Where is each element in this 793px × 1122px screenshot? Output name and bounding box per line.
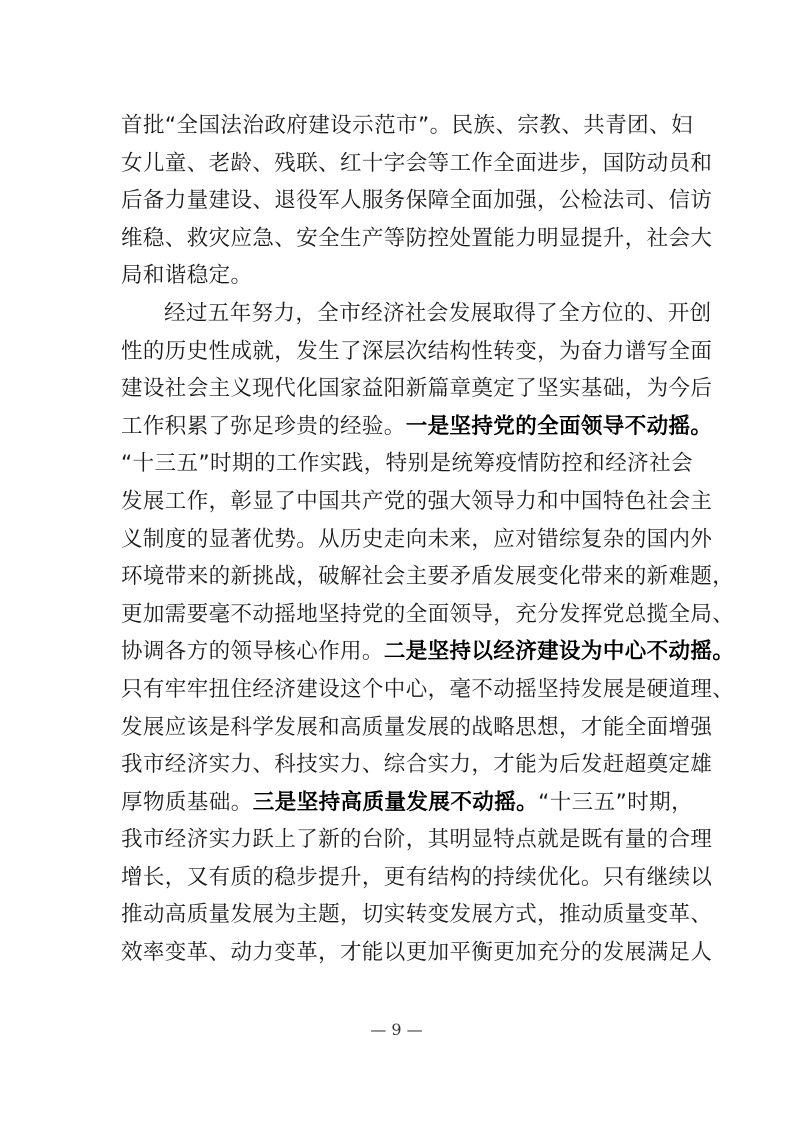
- text-line: 环境带来的新挑战，破解社会主要矛盾发展变化带来的新难题，: [121, 558, 693, 596]
- body-text: 首批“全国法治政府建设示范市”。民族、宗教、共青团、妇女儿童、老龄、残联、红十字…: [121, 107, 693, 972]
- text-line: 性的历史性成就，发生了深层次结构性转变，为奋力谱写全面: [121, 333, 693, 371]
- text-segment: 维稳、救灾应急、安全生产等防控处置能力明显提升，社会大: [121, 226, 712, 251]
- text-segment: 局和谐稳定。: [121, 263, 252, 288]
- text-line: 更加需要毫不动摇地坚持党的全面领导，充分发挥党总揽全局、: [121, 596, 693, 634]
- text-line: 工作积累了弥足珍贵的经验。一是坚持党的全面领导不动摇。: [121, 408, 693, 446]
- text-line: 只有牢牢扭住经济建设这个中心，毫不动摇坚持发展是硬道理、: [121, 671, 693, 709]
- document-page: 首批“全国法治政府建设示范市”。民族、宗教、共青团、妇女儿童、老龄、残联、红十字…: [0, 0, 793, 1122]
- text-segment: 发展工作，彰显了中国共产党的强大领导力和中国特色社会主: [121, 489, 712, 514]
- text-line: 推动高质量发展为主题，切实转变发展方式，推动质量变革、: [121, 896, 693, 934]
- text-line: 我市经济实力跃上了新的台阶，其明显特点就是既有量的合理: [121, 821, 693, 859]
- text-line: 发展应该是科学发展和高质量发展的战略思想，才能全面增强: [121, 709, 693, 747]
- text-segment: 经过五年努力，全市经济社会发展取得了全方位的、开创: [164, 301, 712, 326]
- text-segment: 建设社会主义现代化国家益阳新篇章奠定了坚实基础，为今后: [121, 376, 712, 401]
- text-line: 局和谐稳定。: [121, 257, 693, 295]
- text-segment: 更加需要毫不动摇地坚持党的全面领导，充分发挥党总揽全局、: [121, 602, 734, 627]
- text-segment: 环境带来的新挑战，破解社会主要矛盾发展变化带来的新难题，: [121, 564, 734, 589]
- text-line: 维稳、救灾应急、安全生产等防控处置能力明显提升，社会大: [121, 220, 693, 258]
- bold-heading-text: 三是坚持高质量发展不动摇。: [253, 790, 538, 815]
- text-segment: 工作积累了弥足珍贵的经验。: [121, 414, 406, 439]
- text-segment: 发展应该是科学发展和高质量发展的战略思想，才能全面增强: [121, 715, 712, 740]
- text-line: 厚物质基础。三是坚持高质量发展不动摇。“十三五”时期，: [121, 784, 693, 822]
- text-segment: 只有牢牢扭住经济建设这个中心，毫不动摇坚持发展是硬道理、: [121, 677, 734, 702]
- text-segment: 我市经济实力跃上了新的台阶，其明显特点就是既有量的合理: [121, 827, 712, 852]
- text-segment: “十三五”时期的工作实践，特别是统筹疫情防控和经济社会: [121, 451, 693, 476]
- text-line: 首批“全国法治政府建设示范市”。民族、宗教、共青团、妇: [121, 107, 693, 145]
- text-segment: 效率变革、动力变革，才能以更加平衡更加充分的发展满足人: [121, 940, 712, 965]
- text-line: 发展工作，彰显了中国共产党的强大领导力和中国特色社会主: [121, 483, 693, 521]
- text-line: 效率变革、动力变革，才能以更加平衡更加充分的发展满足人: [121, 934, 693, 972]
- text-line: 后备力量建设、退役军人服务保障全面加强，公检法司、信访: [121, 182, 693, 220]
- bold-heading-text: 二是坚持以经济建设为中心不动摇。: [384, 639, 734, 664]
- text-line: 我市经济实力、科技实力、综合实力，才能为后发赶超奠定雄: [121, 746, 693, 784]
- text-line: 女儿童、老龄、残联、红十字会等工作全面进步，国防动员和: [121, 145, 693, 183]
- text-segment: 后备力量建设、退役军人服务保障全面加强，公检法司、信访: [121, 188, 712, 213]
- text-segment: 推动高质量发展为主题，切实转变发展方式，推动质量变革、: [121, 902, 712, 927]
- text-line: 增长，又有质的稳步提升，更有结构的持续优化。只有继续以: [121, 859, 693, 897]
- text-line: “十三五”时期的工作实践，特别是统筹疫情防控和经济社会: [121, 445, 693, 483]
- text-line: 建设社会主义现代化国家益阳新篇章奠定了坚实基础，为今后: [121, 370, 693, 408]
- page-number: — 9 —: [0, 1020, 793, 1039]
- text-line: 协调各方的领导核心作用。二是坚持以经济建设为中心不动摇。: [121, 633, 693, 671]
- bold-heading-text: 一是坚持党的全面领导不动摇。: [406, 414, 713, 439]
- text-segment: 首批“全国法治政府建设示范市”。民族、宗教、共青团、妇: [121, 113, 693, 138]
- text-line: 义制度的显著优势。从历史走向未来，应对错综复杂的国内外: [121, 521, 693, 559]
- text-segment: 义制度的显著优势。从历史走向未来，应对错综复杂的国内外: [121, 527, 712, 552]
- text-segment: 协调各方的领导核心作用。: [121, 639, 384, 664]
- text-segment: “十三五”时期，: [538, 790, 693, 815]
- text-segment: 性的历史性成就，发生了深层次结构性转变，为奋力谱写全面: [121, 339, 712, 364]
- text-line: 经过五年努力，全市经济社会发展取得了全方位的、开创: [121, 295, 693, 333]
- text-segment: 我市经济实力、科技实力、综合实力，才能为后发赶超奠定雄: [121, 752, 712, 777]
- text-segment: 厚物质基础。: [121, 790, 253, 815]
- text-segment: 女儿童、老龄、残联、红十字会等工作全面进步，国防动员和: [121, 151, 712, 176]
- text-segment: 增长，又有质的稳步提升，更有结构的持续优化。只有继续以: [121, 865, 712, 890]
